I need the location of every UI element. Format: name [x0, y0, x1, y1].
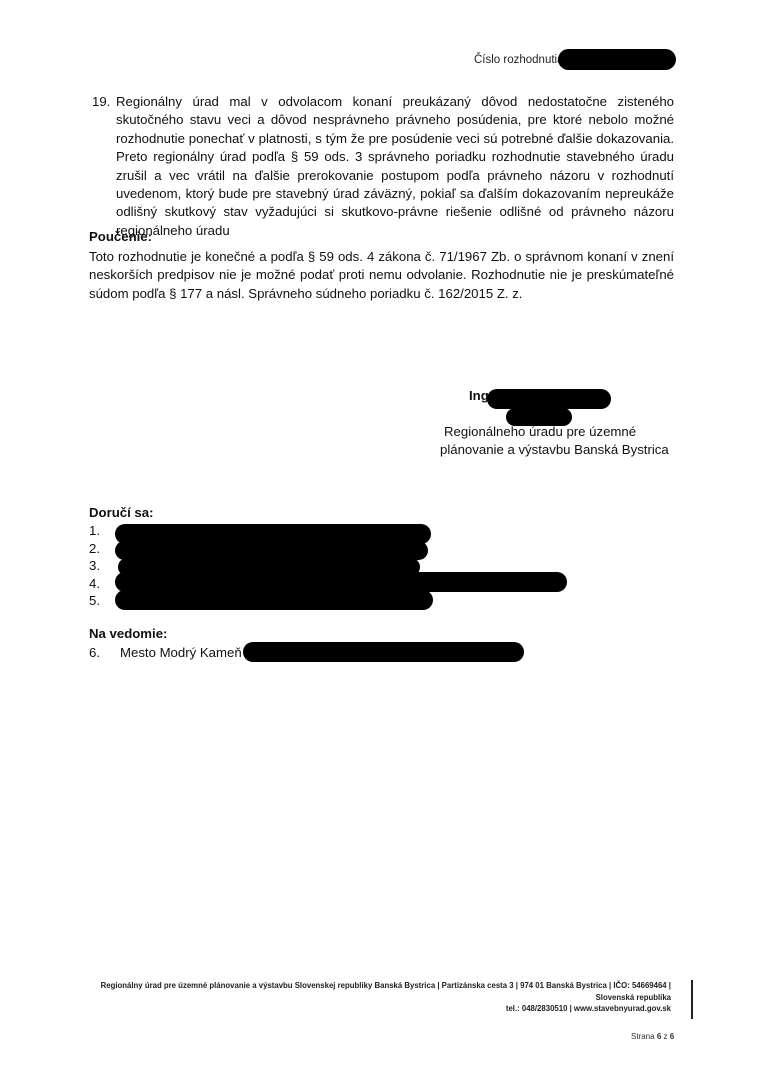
point-19: 19. Regionálny úrad mal v odvolacom kona…	[92, 93, 674, 240]
instruction-text: Toto rozhodnutie je konečné a podľa § 59…	[89, 248, 674, 303]
page-number: Strana 6 z 6	[631, 1032, 674, 1041]
page-total: 6	[670, 1032, 674, 1041]
page-current: 6	[657, 1032, 661, 1041]
footer-line3: tel.: 048/2830510 | www.stavebnyurad.gov…	[101, 1003, 671, 1015]
footer-line2: Slovenská republika	[101, 992, 671, 1004]
redaction-decision-number	[558, 49, 676, 70]
decision-number-label: Číslo rozhodnutia:	[474, 54, 567, 66]
notice-item-text: Mesto Modrý Kameň	[120, 644, 242, 661]
redaction-signatory-name	[487, 389, 611, 409]
redaction-delivery-5	[115, 590, 433, 610]
page-separator: z	[664, 1032, 668, 1041]
footer-divider	[691, 980, 693, 1019]
footer-line1: Regionálny úrad pre územné plánovanie a …	[101, 980, 671, 992]
point-number: 19.	[92, 93, 110, 111]
page-label: Strana	[631, 1032, 655, 1041]
delivery-item: 5.	[89, 592, 100, 609]
notice-item-number: 6.	[89, 644, 100, 661]
signatory-office-line1: Regionálneho úradu pre územné	[444, 424, 636, 439]
notice-heading: Na vedomie:	[89, 626, 167, 641]
point-text: Regionálny úrad mal v odvolacom konaní p…	[116, 93, 674, 240]
redaction-notice-1	[243, 642, 524, 662]
delivery-item: 4.	[89, 575, 100, 592]
delivery-item: 1.	[89, 522, 100, 539]
signatory-office-line2: plánovanie a výstavbu Banská Bystrica	[440, 442, 669, 457]
redaction-delivery-4	[115, 572, 567, 592]
instruction-heading: Poučenie:	[89, 229, 152, 244]
footer-address: Regionálny úrad pre územné plánovanie a …	[101, 980, 671, 1015]
delivery-item: 3.	[89, 557, 100, 574]
delivery-heading: Doručí sa:	[89, 505, 154, 520]
delivery-item: 2.	[89, 540, 100, 557]
signatory-title: Ing	[469, 388, 489, 403]
